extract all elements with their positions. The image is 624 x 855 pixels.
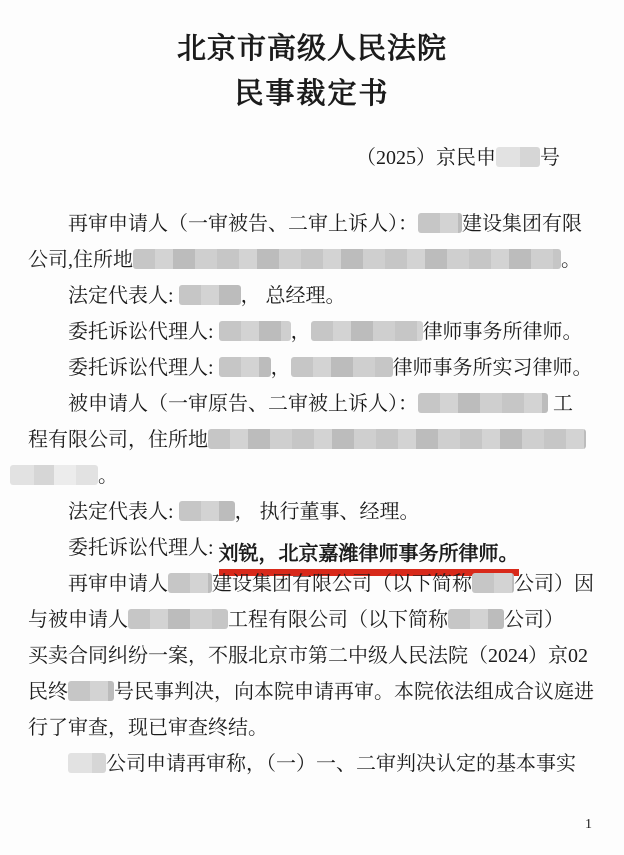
- text-run: 公司）: [504, 609, 564, 631]
- respondent-line-2: 程有限公司，住所地: [28, 422, 596, 458]
- text-run: 委托诉讼代理人:: [68, 321, 219, 343]
- attorney-line-2: 委托诉讼代理人: ，律师事务所实习律师。: [28, 350, 596, 386]
- text-run: 法定代表人:: [68, 501, 179, 523]
- redaction-blur: [496, 147, 540, 167]
- document-type-title: 民事裁定书: [0, 71, 624, 112]
- document-body: 再审申请人（一审被告、二审上诉人）：建设集团有限公司,住所地。法定代表人: ， …: [28, 206, 596, 782]
- case-number-suffix: 号: [540, 147, 560, 169]
- page-number: 1: [585, 817, 592, 833]
- redaction-blur: [291, 357, 393, 377]
- redaction-blur: [68, 753, 106, 773]
- text-run: 建设集团有限公司（以下简称: [212, 573, 472, 595]
- text-run: 程有限公司，住所地: [28, 429, 208, 451]
- text-run: 。: [561, 249, 581, 271]
- redaction-blur: [311, 321, 423, 341]
- text-run: 工: [548, 393, 573, 415]
- redaction-blur: [68, 681, 114, 701]
- case-summary-line-4: 民终号民事判决，向本院申请再审。本院依法组成合议庭进: [28, 674, 596, 710]
- petitioner-line-2: 公司,住所地。: [28, 242, 596, 278]
- text-run: 再审申请人（一审被告、二审上诉人）：: [68, 213, 418, 235]
- text-run: 买卖合同纠纷一案，不服北京市第二中级人民法院（2024）京02: [28, 645, 588, 667]
- case-summary-line-2: 与被申请人工程有限公司（以下简称公司）: [28, 602, 596, 638]
- text-run: 公司,住所地: [28, 249, 133, 271]
- text-run: 律师事务所实习律师。: [393, 357, 593, 379]
- redaction-blur: [128, 609, 228, 629]
- text-run: 工程有限公司（以下简称: [228, 609, 448, 631]
- text-run: 法定代表人:: [68, 285, 179, 307]
- text-run: 再审申请人: [68, 573, 168, 595]
- attorney-line-highlighted: 委托诉讼代理人: 刘锐，北京嘉潍律师事务所律师。: [28, 530, 596, 566]
- text-run: 号民事判决，向本院申请再审。本院依法组成合议庭进: [114, 681, 594, 703]
- case-summary-line-3: 买卖合同纠纷一案，不服北京市第二中级人民法院（2024）京02: [28, 638, 596, 674]
- text-run: 与被申请人: [28, 609, 128, 631]
- case-number-prefix: （2025）京民申: [356, 147, 496, 169]
- redaction-blur: [418, 393, 548, 413]
- text-run: 被申请人（一审原告、二审被上诉人）：: [68, 393, 418, 415]
- respondent-line-1: 被申请人（一审原告、二审被上诉人）： 工: [28, 386, 596, 422]
- text-run: 。: [98, 465, 118, 487]
- redaction-blur: [208, 429, 586, 449]
- claim-line-1: 公司申请再审称，（一）一、二审判决认定的基本事实: [28, 746, 596, 782]
- document-page: 北京市高级人民法院 民事裁定书 （2025）京民申号 再审申请人（一审被告、二审…: [0, 0, 624, 855]
- redaction-blur: [179, 501, 235, 521]
- text-run: ， 执行董事、经理。: [235, 501, 420, 523]
- text-run: ，: [291, 321, 311, 343]
- text-run: ，: [271, 357, 291, 379]
- redaction-blur: [472, 573, 514, 593]
- text-run: 公司申请再审称，（一）一、二审判决认定的基本事实: [106, 753, 576, 775]
- redaction-blur: [418, 213, 462, 233]
- case-summary-line-5: 行了审查，现已审查终结。: [28, 710, 596, 746]
- text-run: ， 总经理。: [241, 285, 346, 307]
- petitioner-line-1: 再审申请人（一审被告、二审上诉人）：建设集团有限: [28, 206, 596, 242]
- redaction-blur: [168, 573, 212, 593]
- redaction-blur: [10, 465, 98, 485]
- legal-representative-1: 法定代表人: ， 总经理。: [28, 278, 596, 314]
- respondent-line-3: 。: [28, 458, 596, 494]
- redaction-blur: [133, 249, 561, 269]
- legal-representative-2: 法定代表人: ， 执行董事、经理。: [28, 494, 596, 530]
- redaction-blur: [448, 609, 504, 629]
- text-run: 建设集团有限: [462, 213, 582, 235]
- attorney-line-1: 委托诉讼代理人: ，律师事务所律师。: [28, 314, 596, 350]
- case-number: （2025）京民申号: [356, 141, 560, 170]
- court-name: 北京市高级人民法院: [0, 26, 624, 67]
- redaction-blur: [179, 285, 241, 305]
- text-run: 委托诉讼代理人:: [68, 537, 219, 559]
- case-summary-line-1: 再审申请人建设集团有限公司（以下简称公司）因: [28, 566, 596, 602]
- redaction-blur: [219, 357, 271, 377]
- text-run: 委托诉讼代理人:: [68, 357, 219, 379]
- text-run: 律师事务所律师。: [423, 321, 583, 343]
- text-run: 民终: [28, 681, 68, 703]
- redaction-blur: [219, 321, 291, 341]
- text-run: 公司）因: [514, 573, 594, 595]
- text-run: 行了审查，现已审查终结。: [28, 717, 268, 739]
